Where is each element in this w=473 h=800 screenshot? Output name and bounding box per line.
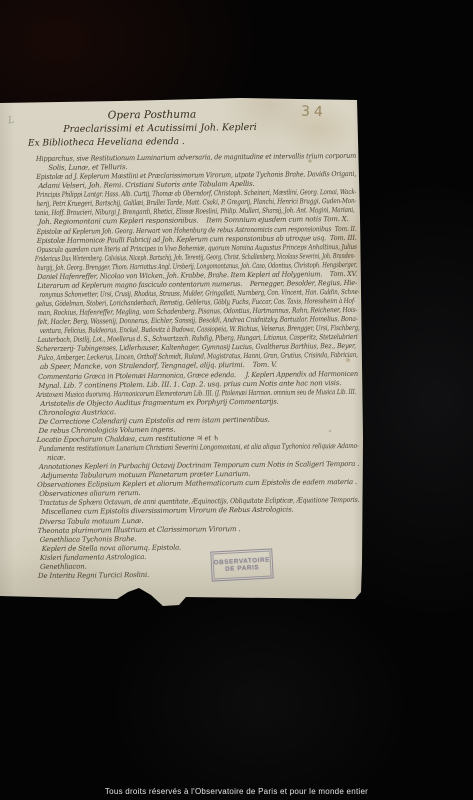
manuscript-line: Miscellanea cum Epistolis diversissimoru… bbox=[41, 506, 293, 517]
manuscript-line: Observationes Eclipsium Kepleri et alior… bbox=[37, 478, 357, 490]
manuscript-line: Genethliacon. bbox=[40, 562, 87, 572]
library-stamp: OBSERVATOIRE DE PARIS bbox=[210, 548, 273, 581]
stamp-line-2: DE PARIS bbox=[225, 564, 259, 573]
manuscript-line: Theonata plurimorum Illustrium et Claris… bbox=[38, 525, 241, 536]
manuscript-line: Aristotelis de Objecto Auditus fragmentu… bbox=[40, 397, 278, 408]
manuscript-line: Fundamenta restitutionum Lunarium Christ… bbox=[39, 442, 359, 454]
manuscript-line: Kisleri fundamenta Astrologica. bbox=[40, 553, 146, 563]
manuscript-body: Hipparchus, sive Restitutionum Luminariu… bbox=[36, 152, 361, 581]
manuscript-line: De Interitu Regni Turcici Roslini. bbox=[38, 571, 149, 581]
copyright-caption: Tous droits réservés à l'Observatoire de… bbox=[0, 787, 473, 796]
stamp-line-1: OBSERVATOIRE bbox=[213, 556, 270, 566]
photo-frame: 34 L Opera Posthuma Praeclarissimi et Ac… bbox=[0, 0, 473, 800]
page-title: Opera Posthuma Praeclarissimi et Acutiss… bbox=[0, 109, 340, 149]
manuscript-line: nicæ. bbox=[39, 454, 66, 463]
manuscript-page: 34 L Opera Posthuma Praeclarissimi et Ac… bbox=[0, 98, 364, 608]
manuscript-line: Hipparchus, sive Restitutionum Luminariu… bbox=[36, 152, 356, 164]
title-line-3: Ex Bibliotheca Heveliana edenda . bbox=[28, 134, 340, 150]
